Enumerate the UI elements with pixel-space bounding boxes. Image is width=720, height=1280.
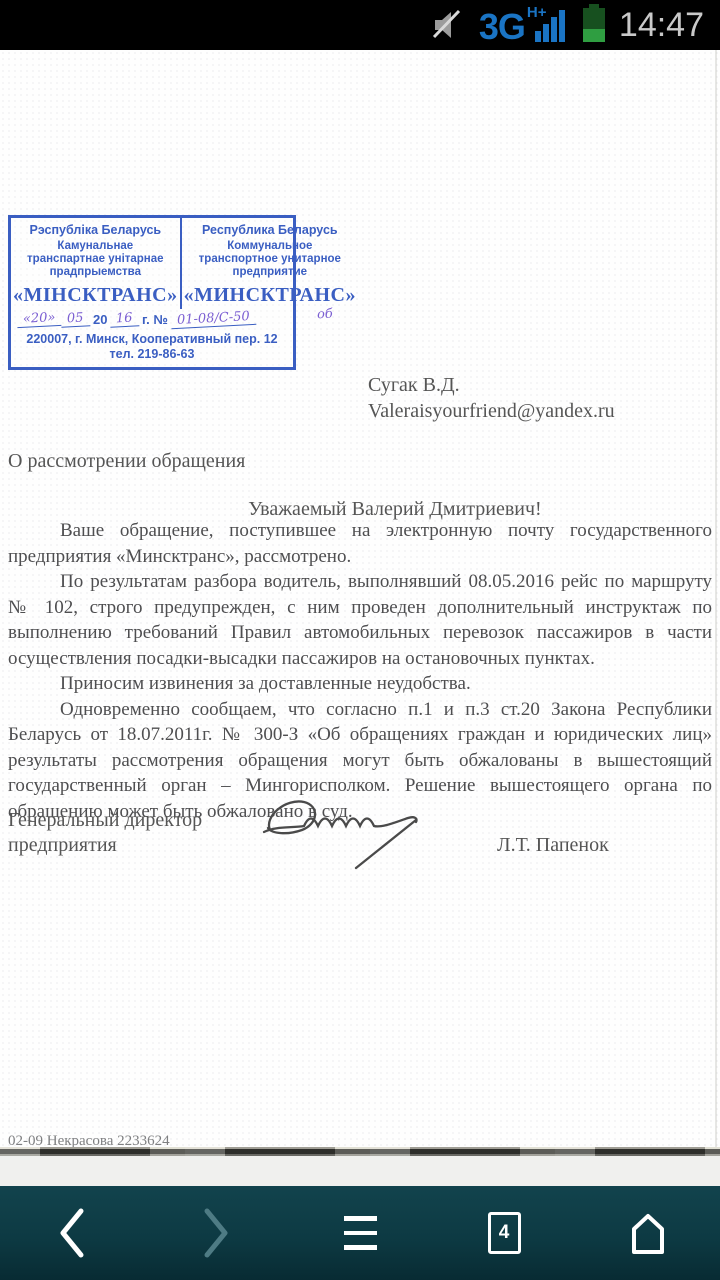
page-bottom-scan-edge: [0, 1147, 720, 1156]
status-bar: 3G H+ 14:47: [0, 0, 720, 50]
letter-paragraph: Ваше обращение, поступившее на электронн…: [8, 518, 712, 569]
handwritten-signature: [256, 786, 441, 878]
stamp-number-label: г. №: [142, 312, 168, 327]
signoff-title-line2: предприятия: [8, 833, 202, 858]
network-indicator: 3G H+: [479, 6, 565, 44]
stamp-handwritten-number: 01-08/С-50: [170, 309, 255, 329]
tab-count-label: 4: [499, 1222, 510, 1244]
stamp-phone-line: тел. 219-86-63: [11, 347, 293, 362]
status-clock: 14:47: [619, 6, 704, 45]
forward-button[interactable]: [144, 1186, 288, 1280]
letter-paragraph: Приносим извинения за доставленные неудо…: [8, 671, 712, 697]
signoff-title-line1: Генеральный директор: [8, 808, 202, 833]
signoff-title: Генеральный директор предприятия: [8, 808, 202, 858]
addressee-name: Сугак В.Д.: [368, 372, 615, 398]
stamp-year-printed: 20: [93, 312, 107, 327]
network-type-label: 3G: [479, 10, 525, 44]
mute-icon: [431, 7, 465, 43]
stamp-handwritten-day: «20»: [17, 310, 62, 328]
hamburger-icon: [344, 1216, 377, 1250]
signal-bars-icon: [535, 10, 565, 42]
stamp-handwritten-month: 05: [61, 310, 90, 327]
stamp-column-belarusian: Рэспубліка Беларусь Камунальнае транспар…: [11, 218, 182, 309]
battery-icon: [583, 8, 605, 42]
letter-paragraph: По результатам разбора водитель, выполня…: [8, 569, 712, 671]
back-chevron-icon: [55, 1207, 89, 1259]
page-scan-edge-right: [715, 50, 717, 1147]
home-icon: [626, 1210, 670, 1256]
stamp-country-ru: Республика Беларусь: [184, 223, 356, 237]
org-stamp: Рэспубліка Беларусь Камунальнае транспар…: [8, 215, 296, 370]
document-page[interactable]: Рэспубліка Беларусь Камунальнае транспар…: [0, 50, 720, 1147]
letter-body: Ваше обращение, поступившее на электронн…: [8, 518, 712, 824]
stamp-org-line: транспортное унитарное: [184, 253, 356, 266]
tab-counter-icon: 4: [488, 1212, 521, 1254]
stamp-org-line: транспартнае унітарнае: [13, 253, 178, 266]
viewer-background-strip: [0, 1156, 720, 1186]
stamp-date-line: «20» 05 2016 г. № 01-08/С-50 об: [11, 309, 293, 330]
stamp-handwritten-suffix: об: [317, 307, 334, 323]
stamp-handwritten-year: 16: [110, 310, 139, 327]
back-button[interactable]: [0, 1186, 144, 1280]
stamp-org-line: Коммунальное: [184, 240, 356, 253]
stamp-org-line: Камунальнае: [13, 240, 178, 253]
signoff-name: Л.Т. Папенок: [497, 834, 609, 857]
stamp-column-russian: Республика Беларусь Коммунальное транспо…: [182, 218, 358, 309]
menu-button[interactable]: [288, 1186, 432, 1280]
phone-screen: 3G H+ 14:47 Рэспубліка Беларусь Камуналь…: [0, 0, 720, 1280]
home-button[interactable]: [576, 1186, 720, 1280]
letter-subject: О рассмотрении обращения: [8, 450, 245, 473]
stamp-name-by: «МІНСКТРАНС»: [13, 284, 178, 307]
stamp-org-line: предприятие: [184, 266, 356, 279]
stamp-org-line: прадпрыемства: [13, 266, 178, 279]
addressee-block: Сугак В.Д. Valeraisyourfriend@yandex.ru: [368, 372, 615, 424]
stamp-name-ru: «МИНСКТРАНС»: [184, 284, 356, 307]
tabs-button[interactable]: 4: [432, 1186, 576, 1280]
addressee-email: Valeraisyourfriend@yandex.ru: [368, 398, 615, 424]
stamp-country-by: Рэспубліка Беларусь: [13, 223, 178, 237]
forward-chevron-icon: [199, 1207, 233, 1259]
stamp-address-line: 220007, г. Минск, Кооперативный пер. 12: [11, 332, 293, 347]
browser-nav-bar: 4: [0, 1186, 720, 1280]
